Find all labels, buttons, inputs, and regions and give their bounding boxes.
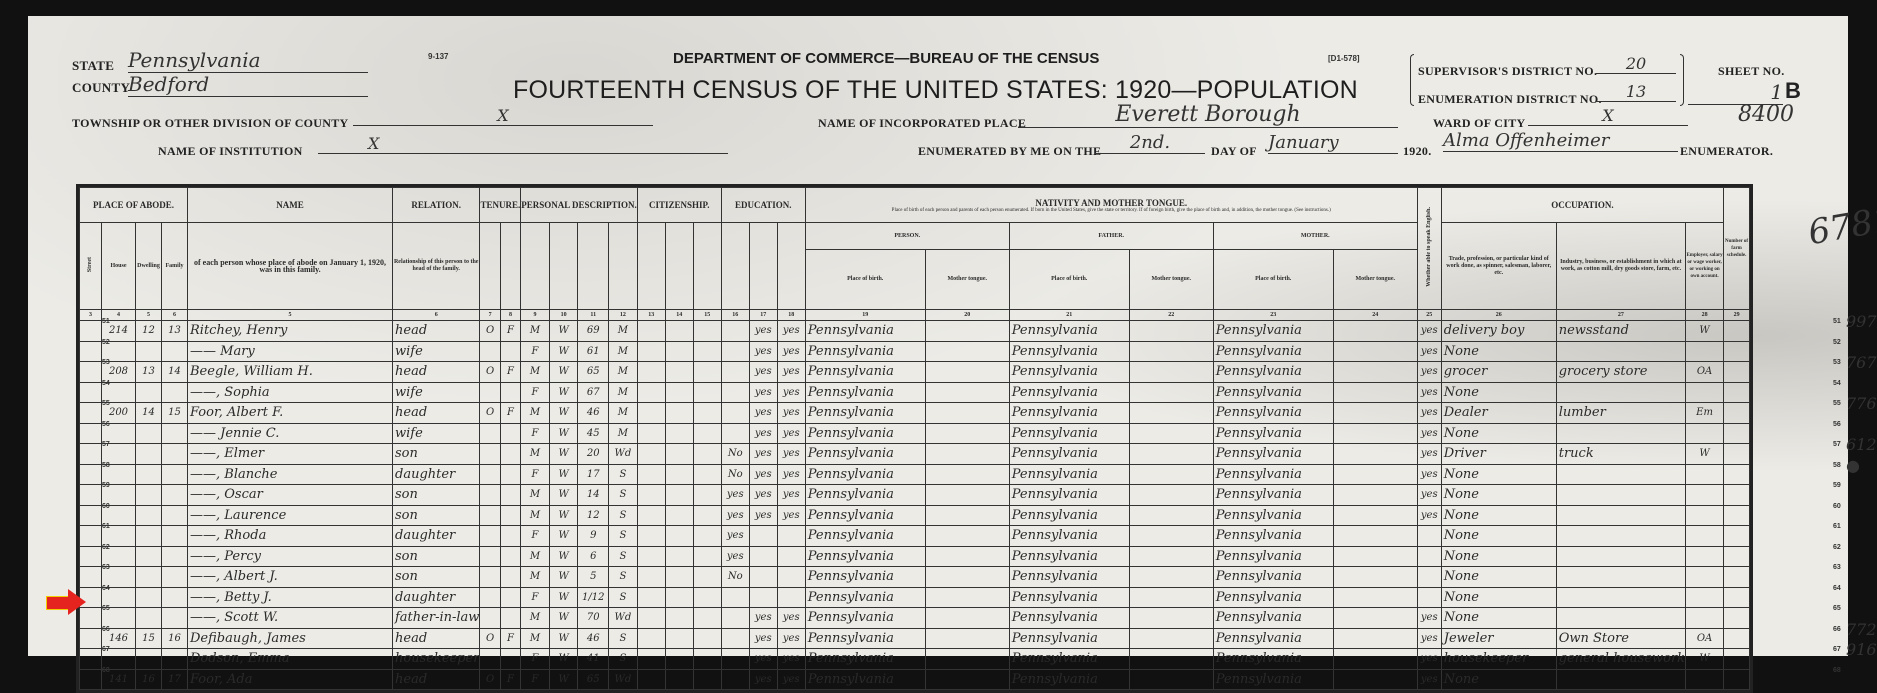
line-number-right: 62 (1833, 544, 1841, 551)
person-name: Ritchey, Henry (188, 321, 393, 342)
occupation-trade: Driver (1441, 444, 1556, 465)
cell (637, 628, 665, 649)
cell: yes (749, 464, 777, 485)
relation: father-in-law (393, 608, 480, 629)
cell: 65 (578, 362, 609, 383)
cell: yes (777, 444, 805, 465)
cell: W (1686, 321, 1724, 342)
cell (1333, 464, 1417, 485)
cell (665, 362, 693, 383)
cell (1129, 567, 1213, 588)
cell (1129, 485, 1213, 506)
cell: S (609, 526, 638, 547)
cell (480, 526, 500, 547)
cell: W (549, 567, 578, 588)
cell (136, 382, 162, 403)
cell (693, 628, 721, 649)
cell: M (609, 403, 638, 424)
cell (500, 587, 520, 608)
cell (693, 382, 721, 403)
cell (665, 485, 693, 506)
cell (1724, 485, 1750, 506)
cell (925, 567, 1009, 588)
cell (162, 423, 188, 444)
cell: 6 (578, 546, 609, 567)
cell (1129, 526, 1213, 547)
cell: yes (1417, 608, 1441, 629)
cell (637, 382, 665, 403)
line-number-right: 64 (1833, 585, 1841, 592)
cell: yes (749, 505, 777, 526)
cell (1333, 341, 1417, 362)
margin-note: 997 (1846, 312, 1877, 331)
enumeration-district-value: 13 (1596, 82, 1676, 102)
birthplace: Pennsylvania (805, 464, 925, 485)
table-row[interactable]: —— Mary wife F W 61 M yes yes Pennsylvan… (80, 341, 1750, 362)
cell (1129, 403, 1213, 424)
cell (136, 526, 162, 547)
cell (162, 505, 188, 526)
cell (1333, 362, 1417, 383)
ward-label: WARD OF CITY (1433, 116, 1526, 131)
cell (500, 444, 520, 465)
cell: O (480, 628, 500, 649)
cell (721, 403, 749, 424)
cell (925, 321, 1009, 342)
cell (80, 628, 102, 649)
father-birthplace: Pennsylvania (1009, 587, 1129, 608)
cell: M (609, 423, 638, 444)
occupation-trade: None (1441, 382, 1556, 403)
cell: yes (749, 628, 777, 649)
line-number-right: 51 (1833, 318, 1841, 325)
cell: yes (1417, 464, 1441, 485)
table-row[interactable]: ——, Oscar son M W 14 S yes yes yes Penns… (80, 485, 1750, 506)
occupation-trade: None (1441, 341, 1556, 362)
father-header: FATHER. (1009, 223, 1213, 250)
sheet-label: SHEET NO. (1718, 64, 1785, 79)
occupation-trade: None (1441, 546, 1556, 567)
cell (1129, 505, 1213, 526)
cell (693, 546, 721, 567)
cell: yes (749, 485, 777, 506)
cell (1686, 382, 1724, 403)
mother-birthplace: Pennsylvania (1213, 628, 1333, 649)
person-name: ——, Sophia (188, 382, 393, 403)
cell: W (549, 526, 578, 547)
cell (1333, 321, 1417, 342)
cell (500, 423, 520, 444)
father-birthplace: Pennsylvania (1009, 321, 1129, 342)
cell (1686, 567, 1724, 588)
cell: yes (777, 341, 805, 362)
table-row[interactable]: 208 13 14 Beegle, William H. head O F M … (80, 362, 1750, 383)
occupation-industry (1556, 464, 1685, 485)
cell: No (721, 567, 749, 588)
table-row[interactable]: —— Jennie C. wife F W 45 M yes yes Penns… (80, 423, 1750, 444)
birthplace: Pennsylvania (805, 444, 925, 465)
cell: 46 (578, 628, 609, 649)
cell: 12 (136, 321, 162, 342)
cell (777, 546, 805, 567)
mother-birthplace: Pennsylvania (1213, 567, 1333, 588)
cell: 14 (162, 362, 188, 383)
cell (1686, 505, 1724, 526)
father-birthplace: Pennsylvania (1009, 505, 1129, 526)
family-number-header: Family (162, 223, 188, 310)
cell (721, 321, 749, 342)
cell: M (521, 567, 550, 588)
cell (1686, 464, 1724, 485)
cell: yes (777, 321, 805, 342)
cell (80, 485, 102, 506)
cell (777, 587, 805, 608)
cell (1129, 341, 1213, 362)
cell (925, 403, 1009, 424)
cell (1417, 526, 1441, 547)
line-number: 64 (102, 585, 110, 592)
cell (1333, 505, 1417, 526)
cell (500, 608, 520, 629)
table-row[interactable]: ——, Rhoda daughter F W 9 S yes Pennsylva… (80, 526, 1750, 547)
line-number-right: 67 (1833, 646, 1841, 650)
relation: son (393, 505, 480, 526)
cell: F (521, 526, 550, 547)
cell: 15 (162, 403, 188, 424)
cell (1129, 382, 1213, 403)
person-header: PERSON. (805, 223, 1009, 250)
occupation-industry: lumber (1556, 403, 1685, 424)
cell (500, 382, 520, 403)
cell (1129, 362, 1213, 383)
cell: 17 (578, 464, 609, 485)
cell: yes (1417, 403, 1441, 424)
cell: yes (1417, 321, 1441, 342)
cell (480, 608, 500, 629)
relation: wife (393, 341, 480, 362)
cell: F (521, 423, 550, 444)
table-row[interactable]: ——, Laurence son M W 12 S yes yes yes Pe… (80, 505, 1750, 526)
cell (480, 567, 500, 588)
occupation-industry (1556, 382, 1685, 403)
enumerator-name: Alma Offenheimer (1443, 130, 1678, 152)
line-number: 54 (102, 380, 110, 387)
cell (162, 464, 188, 485)
cell (1129, 587, 1213, 608)
occupation-industry (1556, 546, 1685, 567)
relation: son (393, 485, 480, 506)
cell (693, 444, 721, 465)
cell: S (609, 567, 638, 588)
nativity-title: NATIVITY AND MOTHER TONGUE. (806, 198, 1417, 208)
table-row[interactable]: ——, Elmer son M W 20 Wd No yes yes Penns… (80, 444, 1750, 465)
cell: 12 (578, 505, 609, 526)
enumerated-month: January (1268, 132, 1398, 154)
cell: F (521, 587, 550, 608)
cell: 9 (578, 526, 609, 547)
cell (480, 341, 500, 362)
relation: wife (393, 382, 480, 403)
cell: yes (777, 628, 805, 649)
table-row[interactable]: ——, Betty J. daughter F W 1/12 S Pennsyl… (80, 587, 1750, 608)
cell: F (500, 403, 520, 424)
cell (136, 485, 162, 506)
cell: yes (777, 362, 805, 383)
line-number: 60 (102, 503, 110, 510)
line-number: 57 (102, 441, 110, 448)
father-tongue-header: Mother tongue. (1129, 249, 1213, 309)
cell (925, 505, 1009, 526)
cell (480, 464, 500, 485)
table-row[interactable]: ——, Scott W. father-in-law M W 70 Wd yes… (80, 608, 1750, 629)
mother-birthplace: Pennsylvania (1213, 403, 1333, 424)
father-birthplace: Pennsylvania (1009, 546, 1129, 567)
margin-note: 776 (1846, 394, 1877, 413)
cell: yes (749, 423, 777, 444)
cell: W (549, 628, 578, 649)
cell (1686, 423, 1724, 444)
cell: W (549, 403, 578, 424)
cell (1333, 628, 1417, 649)
cell (1724, 526, 1750, 547)
institution-value: X (318, 134, 728, 154)
cell: 14 (578, 485, 609, 506)
cell (637, 567, 665, 588)
mother-header: MOTHER. (1213, 223, 1417, 250)
father-birthplace: Pennsylvania (1009, 403, 1129, 424)
cell (721, 608, 749, 629)
birthplace: Pennsylvania (805, 628, 925, 649)
cell: 14 (136, 403, 162, 424)
line-number: 61 (102, 523, 110, 530)
cell (1417, 587, 1441, 608)
cell (80, 382, 102, 403)
cell (1333, 382, 1417, 403)
cell (721, 362, 749, 383)
cell (777, 526, 805, 547)
margin-number: 8400 (1738, 102, 1794, 127)
cell (162, 382, 188, 403)
cell: yes (1417, 423, 1441, 444)
relation: son (393, 567, 480, 588)
cell (637, 321, 665, 342)
cell (162, 546, 188, 567)
cell: W (1686, 444, 1724, 465)
cell (665, 464, 693, 485)
county-label: COUNTY (72, 80, 130, 96)
relation: daughter (393, 526, 480, 547)
cell (1724, 403, 1750, 424)
house-number-header: House (102, 223, 136, 310)
table-row[interactable]: ——, Albert J. son M W 5 S No Pennsylvani… (80, 567, 1750, 588)
cell (925, 608, 1009, 629)
cell (749, 526, 777, 547)
cell (80, 464, 102, 485)
cell: Wd (609, 444, 638, 465)
cell: yes (749, 362, 777, 383)
line-number: 52 (102, 339, 110, 346)
cell (136, 546, 162, 567)
cell (1724, 423, 1750, 444)
cell: W (549, 464, 578, 485)
cell (1724, 628, 1750, 649)
cell (80, 341, 102, 362)
birthplace: Pennsylvania (805, 505, 925, 526)
cell (500, 485, 520, 506)
cell: M (609, 382, 638, 403)
township-label: TOWNSHIP OR OTHER DIVISION OF COUNTY (72, 116, 349, 131)
cell (637, 608, 665, 629)
cell: yes (777, 485, 805, 506)
cell (80, 567, 102, 588)
line-number: 59 (102, 482, 110, 489)
cell (749, 587, 777, 608)
relation: daughter (393, 587, 480, 608)
cell (1724, 587, 1750, 608)
group-nativity: NATIVITY AND MOTHER TONGUE. Place of bir… (805, 188, 1417, 223)
cell: yes (777, 608, 805, 629)
line-number-right: 57 (1833, 441, 1841, 448)
cell (136, 341, 162, 362)
birthplace: Pennsylvania (805, 546, 925, 567)
cell: W (549, 485, 578, 506)
margin-note-top-right: 6781 (1805, 199, 1877, 253)
birthplace: Pennsylvania (805, 567, 925, 588)
line-number: 67 (102, 646, 110, 650)
occupation-trade: None (1441, 567, 1556, 588)
street-header: Street (87, 257, 94, 272)
person-name: ——, Scott W. (188, 608, 393, 629)
cell: yes (1417, 485, 1441, 506)
cell: yes (721, 505, 749, 526)
table-row[interactable]: 146 15 16 Defibaugh, James head O F M W … (80, 628, 1750, 649)
cell: OA (1686, 628, 1724, 649)
person-birth-header: Place of birth. (805, 249, 925, 309)
cell: W (549, 341, 578, 362)
supervisor-district-label: SUPERVISOR'S DISTRICT NO. (1418, 64, 1597, 79)
table-row[interactable]: ——, Percy son M W 6 S yes Pennsylvania P… (80, 546, 1750, 567)
cell (136, 608, 162, 629)
cell: W (549, 444, 578, 465)
cell: yes (777, 403, 805, 424)
cell (637, 403, 665, 424)
group-citizenship: CITIZENSHIP. (637, 188, 721, 223)
cell (925, 423, 1009, 444)
occupation-industry (1556, 608, 1685, 629)
trade-header: Trade, profession, or particular kind of… (1441, 223, 1556, 310)
person-name: ——, Elmer (188, 444, 393, 465)
occupation-industry: truck (1556, 444, 1685, 465)
cell: W (549, 505, 578, 526)
cell (1129, 546, 1213, 567)
margin-note: 612 (1846, 435, 1877, 454)
cell (665, 403, 693, 424)
cell (693, 464, 721, 485)
occupation-trade: Jeweler (1441, 628, 1556, 649)
table-row[interactable]: 214 12 13 Ritchey, Henry head O F M W 69… (80, 321, 1750, 342)
day-of-label: DAY OF (1211, 144, 1257, 159)
cell (665, 567, 693, 588)
father-birthplace: Pennsylvania (1009, 423, 1129, 444)
cell (665, 608, 693, 629)
occupation-trade: None (1441, 587, 1556, 608)
cell (721, 628, 749, 649)
census-table: PLACE OF ABODE. NAME RELATION. TENURE. P… (76, 184, 1753, 650)
cell (637, 362, 665, 383)
birthplace: Pennsylvania (805, 485, 925, 506)
group-place-of-abode: PLACE OF ABODE. (80, 188, 188, 223)
cell (500, 464, 520, 485)
cell: M (609, 321, 638, 342)
cell (480, 382, 500, 403)
line-number: 65 (102, 605, 110, 612)
person-name: ——, Albert J. (188, 567, 393, 588)
cell (925, 526, 1009, 547)
cell: M (609, 362, 638, 383)
cell (80, 444, 102, 465)
line-number: 66 (102, 626, 110, 633)
cell (80, 423, 102, 444)
cell (136, 423, 162, 444)
line-number-right: 65 (1833, 605, 1841, 612)
group-name: NAME (188, 188, 393, 223)
cell (665, 321, 693, 342)
cell (637, 423, 665, 444)
cell (721, 341, 749, 362)
line-number-right: 59 (1833, 482, 1841, 489)
employer-header: Employer, salary or wage worker, or work… (1686, 223, 1724, 310)
cell (1333, 526, 1417, 547)
census-title: FOURTEENTH CENSUS OF THE UNITED STATES: … (513, 76, 1358, 105)
cell (80, 546, 102, 567)
occupation-trade: grocer (1441, 362, 1556, 383)
cell (80, 505, 102, 526)
cell (925, 362, 1009, 383)
cell: F (521, 341, 550, 362)
cell: 67 (578, 382, 609, 403)
cell (721, 423, 749, 444)
line-number-right: 56 (1833, 421, 1841, 428)
margin-note: ● (1846, 456, 1860, 475)
cell (665, 628, 693, 649)
cell: yes (749, 382, 777, 403)
industry-header: Industry, business, or establishment in … (1556, 223, 1685, 310)
census-sheet: STATE Pennsylvania COUNTY Bedford TOWNSH… (28, 16, 1848, 650)
cell: O (480, 362, 500, 383)
cell (637, 341, 665, 362)
cell (1686, 526, 1724, 547)
cell (1333, 608, 1417, 629)
cell (162, 608, 188, 629)
cell (1686, 485, 1724, 506)
cell (1417, 546, 1441, 567)
person-name: —— Mary (188, 341, 393, 362)
cell: yes (749, 608, 777, 629)
cell (693, 321, 721, 342)
table-row[interactable]: ——, Blanche daughter F W 17 S No yes yes… (80, 464, 1750, 485)
mother-birthplace: Pennsylvania (1213, 444, 1333, 465)
birthplace: Pennsylvania (805, 321, 925, 342)
cell: 70 (578, 608, 609, 629)
cell (1333, 444, 1417, 465)
cell (1417, 567, 1441, 588)
occupation-trade: None (1441, 423, 1556, 444)
cell (637, 485, 665, 506)
father-birthplace: Pennsylvania (1009, 526, 1129, 547)
table-row[interactable]: 200 14 15 Foor, Albert F. head O F M W 4… (80, 403, 1750, 424)
cell: yes (777, 382, 805, 403)
table-row[interactable]: ——, Sophia wife F W 67 M yes yes Pennsyl… (80, 382, 1750, 403)
